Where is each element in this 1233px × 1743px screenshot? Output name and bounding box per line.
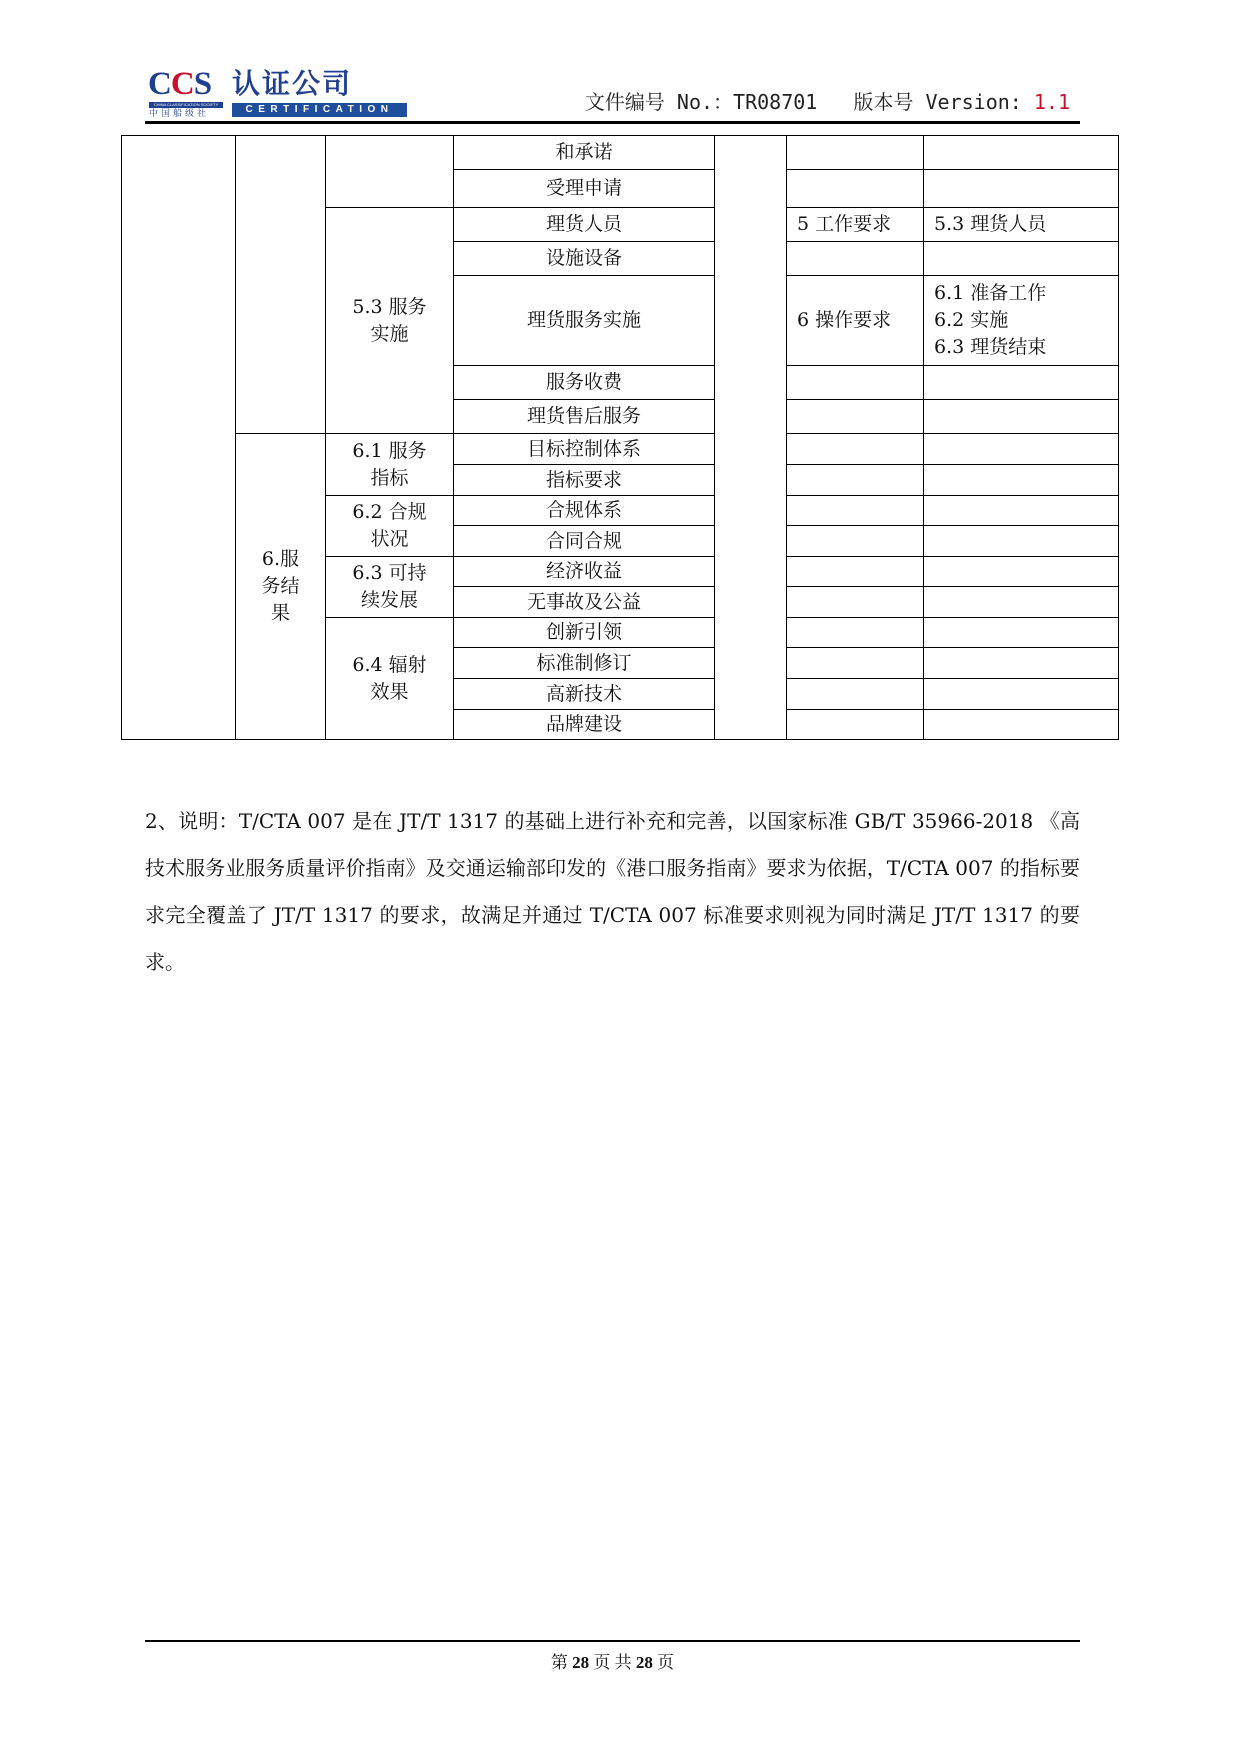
cell-section-6-3: 6.3 可持 续发展	[326, 557, 454, 618]
cell-section-6-4: 6.4 辐射 效果	[326, 618, 454, 740]
cell-jt-clause	[787, 400, 924, 434]
cell-jt-clause	[787, 170, 924, 208]
cell-jt-subclause	[924, 366, 1119, 400]
footer-divider	[145, 1640, 1080, 1642]
cell-item: 品牌建设	[454, 710, 715, 740]
doc-no: TR08701	[733, 90, 817, 114]
cell-item: 合规体系	[454, 496, 715, 526]
cell-item: 无事故及公益	[454, 587, 715, 618]
cell-col5-empty	[715, 136, 787, 740]
cell-jt-subclause	[924, 400, 1119, 434]
cell-jt-subclause	[924, 496, 1119, 526]
page-header: CCS CHINA CLASSIFICATION SOCIETY 中国船级社 认…	[145, 66, 1080, 122]
cell-item: 指标要求	[454, 465, 715, 496]
cell-item: 服务收费	[454, 366, 715, 400]
cell-jt-clause	[787, 648, 924, 679]
page-number-footer: 第 28 页 共 28 页	[145, 1648, 1080, 1673]
cell-jt-subclause	[924, 587, 1119, 618]
cell-jt-clause	[787, 679, 924, 710]
cell-item: 设施设备	[454, 242, 715, 276]
cell-jt-clause	[787, 557, 924, 587]
standards-mapping-table: 和承诺 受理申请 5.3 服务 实施 理货人员 5 工作要求 5.3 理货人员 …	[121, 135, 1119, 740]
cell-jt-clause	[787, 496, 924, 526]
table-row: 6.服 务结 果 6.1 服务 指标 目标控制体系	[122, 434, 1119, 465]
cell-section-6-1: 6.1 服务 指标	[326, 434, 454, 496]
cell-jt-clause: 5 工作要求	[787, 208, 924, 242]
logo-ccs-mark: CCS	[148, 68, 211, 101]
logo-society-cn: 中国船级社	[149, 109, 209, 119]
logo-society-band: CHINA CLASSIFICATION SOCIETY	[149, 102, 223, 108]
cell-jt-clause	[787, 618, 924, 648]
cell-jt-subclause	[924, 679, 1119, 710]
cell-item: 经济收益	[454, 557, 715, 587]
cell-jt-clause	[787, 587, 924, 618]
cell-jt-subclause	[924, 434, 1119, 465]
doc-no-label: 文件编号 No.：	[585, 90, 733, 114]
cell-col2-empty	[236, 136, 326, 434]
cell-jt-subclause	[924, 710, 1119, 740]
cell-item: 理货服务实施	[454, 276, 715, 366]
cell-item: 理货售后服务	[454, 400, 715, 434]
cell-section-6-results: 6.服 务结 果	[236, 434, 326, 740]
cell-jt-subclause	[924, 526, 1119, 557]
cell-jt-subclause	[924, 465, 1119, 496]
cell-item: 理货人员	[454, 208, 715, 242]
cell-jt-clause	[787, 465, 924, 496]
cell-jt-clause	[787, 366, 924, 400]
cell-item: 合同合规	[454, 526, 715, 557]
cell-jt-subclause	[924, 557, 1119, 587]
cell-item: 和承诺	[454, 136, 715, 170]
cell-jt-subclause: 6.1 准备工作 6.2 实施 6.3 理货结束	[924, 276, 1119, 366]
cell-item: 受理申请	[454, 170, 715, 208]
cell-item: 高新技术	[454, 679, 715, 710]
version-number: 1.1	[1034, 90, 1070, 114]
version-label: 版本号 Version:	[853, 90, 1021, 114]
cell-jt-subclause: 5.3 理货人员	[924, 208, 1119, 242]
cell-item: 目标控制体系	[454, 434, 715, 465]
cell-col1-empty	[122, 136, 236, 740]
cell-section-6-2: 6.2 合规 状况	[326, 496, 454, 557]
cell-col3-empty	[326, 136, 454, 208]
cell-jt-subclause	[924, 242, 1119, 276]
cell-section-5-3: 5.3 服务 实施	[326, 208, 454, 434]
table-row: 和承诺	[122, 136, 1119, 170]
explanation-note: 2、说明：T/CTA 007 是在 JT/T 1317 的基础上进行补充和完善，…	[145, 798, 1080, 986]
cell-jt-clause	[787, 710, 924, 740]
cell-jt-clause: 6 操作要求	[787, 276, 924, 366]
header-divider	[145, 121, 1080, 124]
cell-jt-clause	[787, 526, 924, 557]
cell-jt-subclause	[924, 170, 1119, 208]
current-page: 28	[572, 1653, 589, 1672]
document-id: 文件编号 No.：TR08701 版本号 Version: 1.1	[585, 86, 1070, 115]
logo-brand-cn: 认证公司	[232, 68, 352, 100]
total-pages: 28	[636, 1653, 653, 1672]
cell-jt-clause	[787, 242, 924, 276]
cell-jt-subclause	[924, 618, 1119, 648]
cell-jt-clause	[787, 434, 924, 465]
cell-jt-subclause	[924, 648, 1119, 679]
logo-brand-en: CERTIFICATION	[232, 103, 407, 117]
cell-jt-subclause	[924, 136, 1119, 170]
cell-jt-clause	[787, 136, 924, 170]
ccs-certification-logo: CCS CHINA CLASSIFICATION SOCIETY 中国船级社 认…	[145, 66, 405, 120]
cell-item: 标准制修订	[454, 648, 715, 679]
cell-item: 创新引领	[454, 618, 715, 648]
